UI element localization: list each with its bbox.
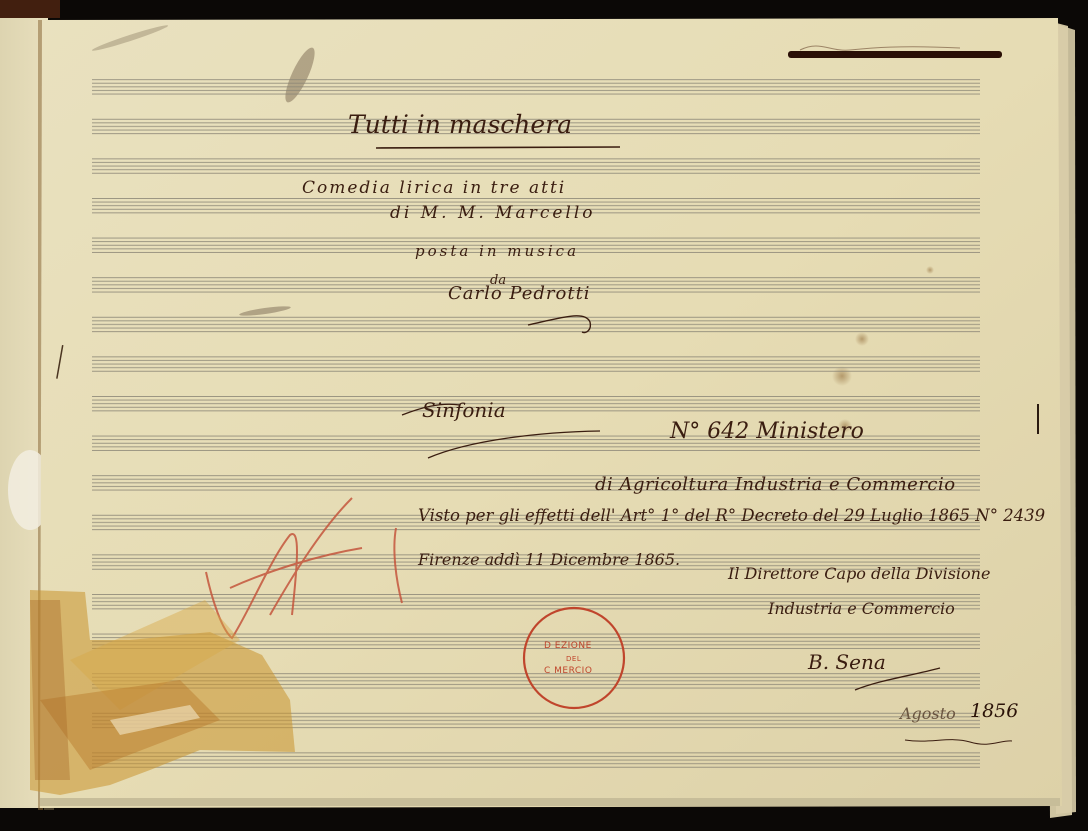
stamp-line-3: C MERCIO: [544, 666, 592, 676]
place-date: Firenze addì 11 Dicembre 1865.: [418, 552, 680, 568]
subtitle-line-3: posta in musica: [415, 244, 579, 259]
subtitle-line-1: Comedia lirica in tre atti: [302, 180, 566, 197]
title: Tutti in maschera: [348, 112, 572, 137]
signatory-title-1: Il Direttore Capo della Divisione: [728, 566, 990, 582]
signatory-title-2: Industria e Commercio: [768, 601, 955, 617]
composer-name: Carlo Pedrotti: [448, 285, 591, 303]
title-underline: [376, 147, 620, 148]
date-note-year: 1856: [970, 702, 1018, 721]
section-heading-sinfonia: Sinfonia: [422, 400, 506, 420]
signature: B. Sena: [808, 652, 886, 672]
registration-number: N° 642 Ministero: [670, 421, 864, 443]
subtitle-line-2: di M. M. Marcello: [390, 205, 596, 222]
stamp-line-2: DEL: [566, 655, 581, 663]
date-note-month: Agosto: [900, 706, 956, 722]
decree-reference: Visto per gli effetti dell' Art° 1° del …: [418, 508, 1045, 525]
stamp-line-1: D EZIONE: [544, 641, 592, 651]
ministry-name: di Agricoltura Industria e Commercio: [595, 476, 956, 494]
